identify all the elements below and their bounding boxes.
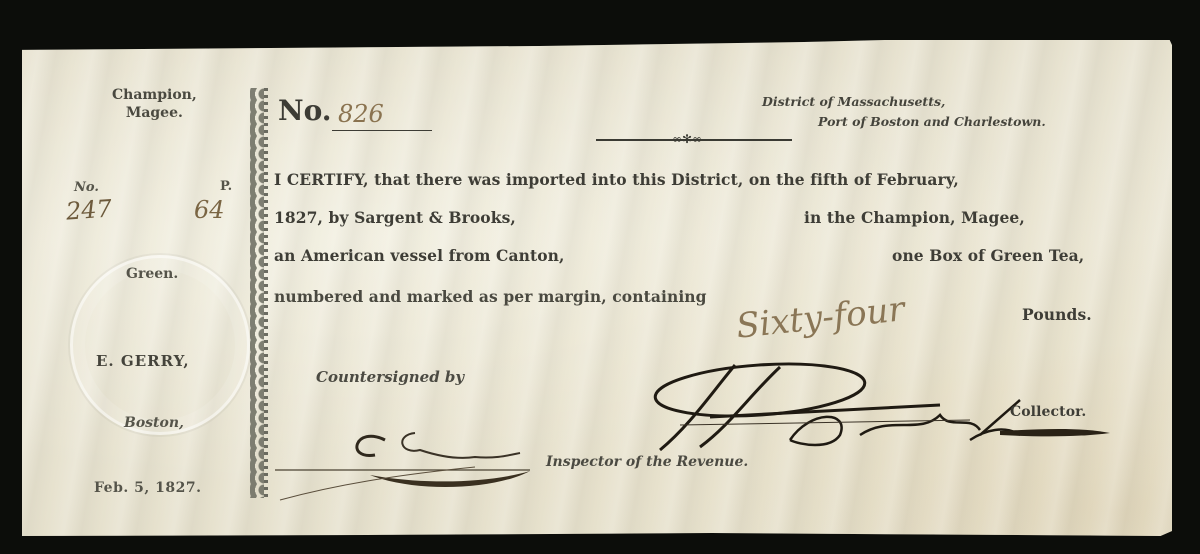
stub-p-value: 64 <box>194 196 225 224</box>
stub-no-label: No. <box>74 180 99 195</box>
certificate-no-label: No. <box>278 94 332 127</box>
ornamental-border <box>250 88 268 498</box>
stub-ship-name: Champion, Magee. <box>112 86 197 122</box>
rule-ornament-icon: ∞✻∞ <box>672 132 702 146</box>
stub-goods: Green. <box>126 266 178 282</box>
district-line-1: District of Massachusetts, <box>762 94 945 109</box>
stub-ship: Champion, <box>112 86 197 104</box>
stub-inspector: E. GERRY, <box>96 352 190 370</box>
stub-no-value: 247 <box>65 194 113 225</box>
stub-place: Boston, <box>124 415 184 431</box>
certificate-no-underline <box>332 130 432 131</box>
certificate-line-3-left: an American vessel from Canton, <box>274 246 565 265</box>
certificate-line-1: I CERTIFY, that there was imported into … <box>274 170 959 189</box>
certificate-line-3-right: one Box of Green Tea, <box>892 246 1084 265</box>
certificate-line-4: numbered and marked as per margin, conta… <box>274 287 707 306</box>
certificate-line-2-left: 1827, by Sargent & Brooks, <box>274 208 516 227</box>
certificate-line-2-right: in the Champion, Magee, <box>804 208 1025 227</box>
district-line-2: Port of Boston and Charlestown. <box>818 114 1046 129</box>
stub-date: Feb. 5, 1827. <box>94 480 201 496</box>
embossed-seal <box>70 255 250 435</box>
stub-master: Magee. <box>112 104 197 122</box>
certificate-no-value: 826 <box>338 100 384 128</box>
stub-p-label: P. <box>220 179 232 194</box>
inspector-signature <box>275 415 555 495</box>
collector-title: Collector. <box>1010 404 1086 420</box>
quantity-unit: Pounds. <box>1022 305 1092 324</box>
countersigned-label: Countersigned by <box>316 368 464 386</box>
